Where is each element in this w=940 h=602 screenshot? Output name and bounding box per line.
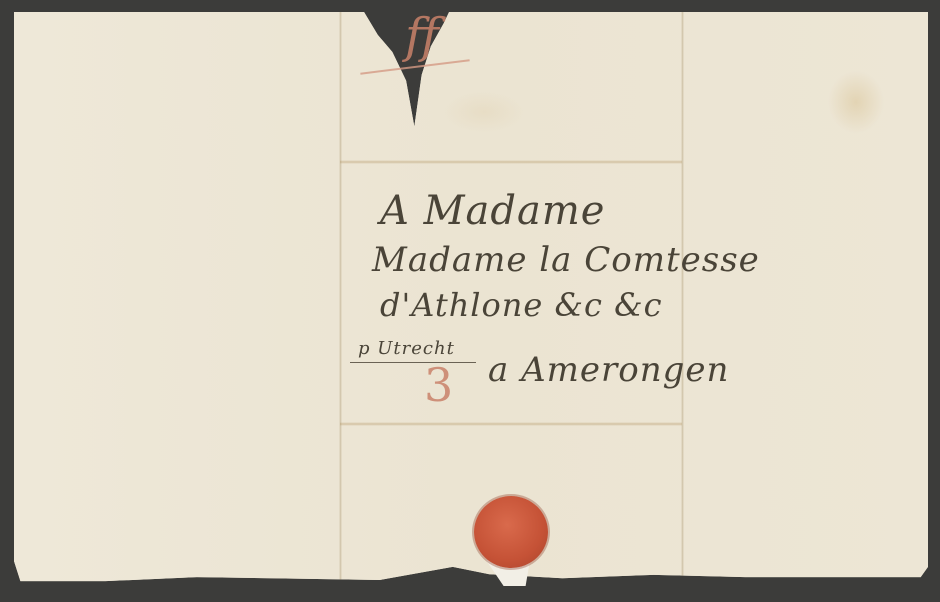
- fold-line-right: [681, 12, 684, 584]
- address-line-2: Madame la Comtesse: [372, 240, 760, 280]
- routing-underline: [350, 362, 476, 363]
- address-line-1: A Madame: [380, 188, 605, 234]
- fold-line-top: [340, 160, 682, 164]
- red-number-mark: 3: [424, 358, 453, 412]
- address-line-3: d'Athlone &c &c: [380, 286, 663, 324]
- wax-seal: [474, 496, 548, 568]
- red-crayon-mark-top: ff: [405, 8, 439, 64]
- fold-line-left: [339, 12, 342, 584]
- fold-line-bottom: [340, 422, 682, 426]
- routing-note: p Utrecht: [358, 338, 455, 359]
- address-line-4: a Amerongen: [488, 350, 729, 390]
